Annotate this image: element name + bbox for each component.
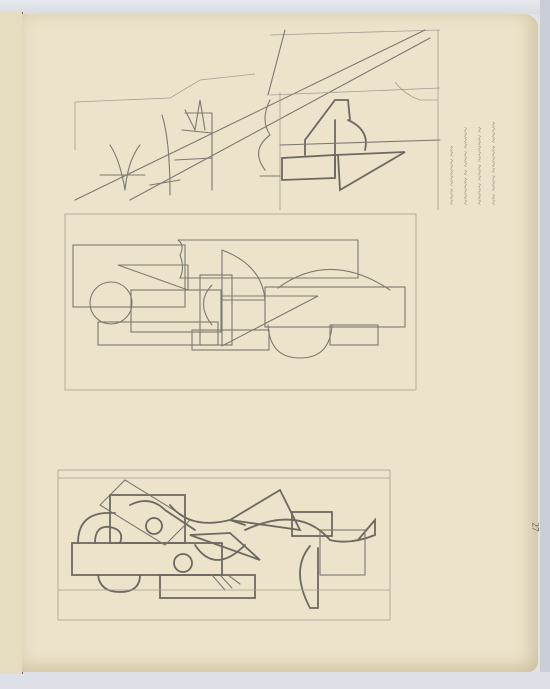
sketch-top <box>75 30 440 210</box>
svg-text:~~ ~~~ ~~~~~ ~~~~: ~~ ~~~ ~~~~~ ~~~~ <box>489 121 500 205</box>
backdrop-top <box>0 0 550 14</box>
page-number: 27 <box>531 523 541 532</box>
sketch-bottom <box>58 470 390 620</box>
svg-text:~~~~ ~~~ ~~~~~ ~: ~~~~ ~~~ ~~~~~ ~ <box>475 127 486 205</box>
backdrop-right <box>540 0 550 689</box>
svg-text:~~~~~ ~ ~~~ ~~~~: ~~~~~ ~ ~~~ ~~~~ <box>461 127 472 205</box>
margin-handwriting: ~~~ ~~~~~ ~~ ~~~~~ ~ ~~~ ~~~~ ~~~~ ~~~ ~… <box>447 121 500 205</box>
backdrop-bottom <box>0 672 550 689</box>
sketch-middle <box>65 214 416 390</box>
sketches-canvas: ~~~ ~~~~~ ~~ ~~~~~ ~ ~~~ ~~~~ ~~~~ ~~~ ~… <box>22 14 538 672</box>
facing-page-edge <box>0 12 23 674</box>
svg-text:~~~ ~~~~~ ~~: ~~~ ~~~~~ ~~ <box>447 145 458 205</box>
sketchbook-page: ~~~ ~~~~~ ~~ ~~~~~ ~ ~~~ ~~~~ ~~~~ ~~~ ~… <box>22 14 538 672</box>
